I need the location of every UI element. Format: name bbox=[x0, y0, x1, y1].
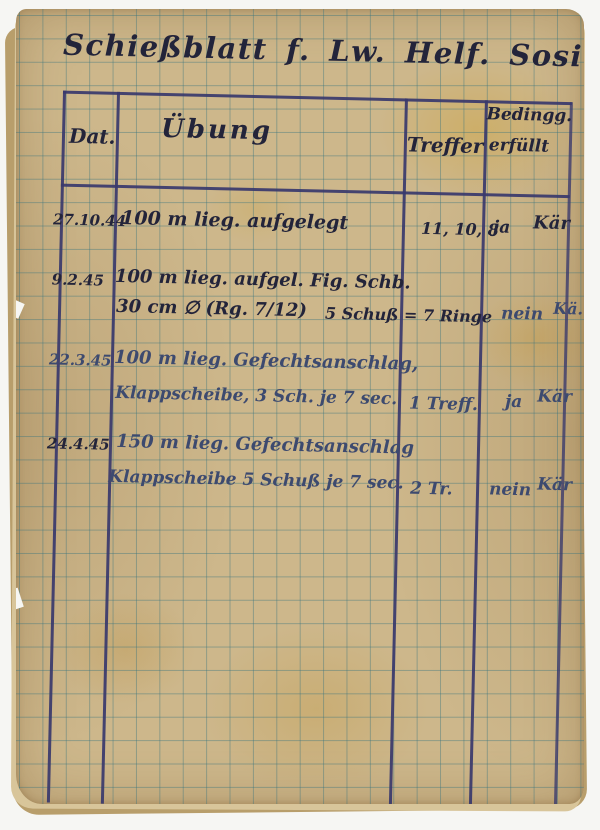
header-exercise: Übung bbox=[161, 116, 273, 145]
entry-date: 22.3.45 bbox=[49, 352, 112, 368]
entry-date: 27.10.44 bbox=[53, 212, 126, 229]
entry-date: 24.4.45 bbox=[47, 436, 110, 452]
entry-exercise-line1: 100 m lieg. aufgel. Fig. Schb. bbox=[115, 268, 411, 293]
ink-layer: Schießblatt f. Lw. Helf. Sosi Dat. Übung… bbox=[16, 9, 584, 804]
entry-signature: Kä. bbox=[553, 301, 583, 318]
entry-condition: nein bbox=[489, 481, 531, 499]
column-divider-hits bbox=[469, 100, 488, 804]
table-border-right bbox=[554, 102, 573, 804]
entry-signature: Kär bbox=[537, 476, 572, 494]
entry-hits: 2 Tr. bbox=[410, 481, 453, 499]
entry-hits: 1 Treff. bbox=[409, 396, 478, 415]
table-header-divider bbox=[61, 184, 570, 198]
header-date: Dat. bbox=[69, 126, 116, 147]
entry-hits: 5 Schuß = 7 Ringe bbox=[325, 306, 492, 326]
page-title: Schießblatt f. Lw. Helf. Sosi bbox=[63, 31, 584, 72]
header-hits: Treffer bbox=[407, 134, 484, 156]
entry-exercise-line2: Klappscheibe 5 Schuß je 7 sec. bbox=[108, 469, 404, 493]
header-condition-line2: erfüllt bbox=[489, 137, 550, 155]
entry-condition: ja bbox=[505, 394, 523, 411]
entry-condition: nein bbox=[501, 306, 543, 324]
entry-condition: ja bbox=[493, 219, 511, 236]
entry-exercise-line1: 100 m lieg. aufgelegt bbox=[121, 209, 348, 233]
entry-exercise-line1: 150 m lieg. Gefechtsanschlag bbox=[116, 433, 414, 458]
entry-exercise-line2: 30 cm ∅ (Rg. 7/12) bbox=[116, 298, 307, 320]
entry-date: 9.2.45 bbox=[52, 272, 105, 288]
entry-exercise-line1: 100 m lieg. Gefechtsanschlag, bbox=[114, 349, 419, 374]
entry-exercise-line2: Klappscheibe, 3 Sch. je 7 sec. bbox=[115, 385, 397, 408]
header-condition-line1: Bedingg. bbox=[486, 106, 572, 125]
table-border-top bbox=[63, 91, 572, 105]
entry-signature: Kär bbox=[533, 214, 570, 233]
paper-sheet: Schießblatt f. Lw. Helf. Sosi Dat. Übung… bbox=[16, 9, 584, 804]
scanned-page: Schießblatt f. Lw. Helf. Sosi Dat. Übung… bbox=[0, 0, 600, 830]
entry-hits: 11, 10, 8 bbox=[421, 221, 499, 239]
entry-signature: Kär bbox=[537, 388, 572, 406]
